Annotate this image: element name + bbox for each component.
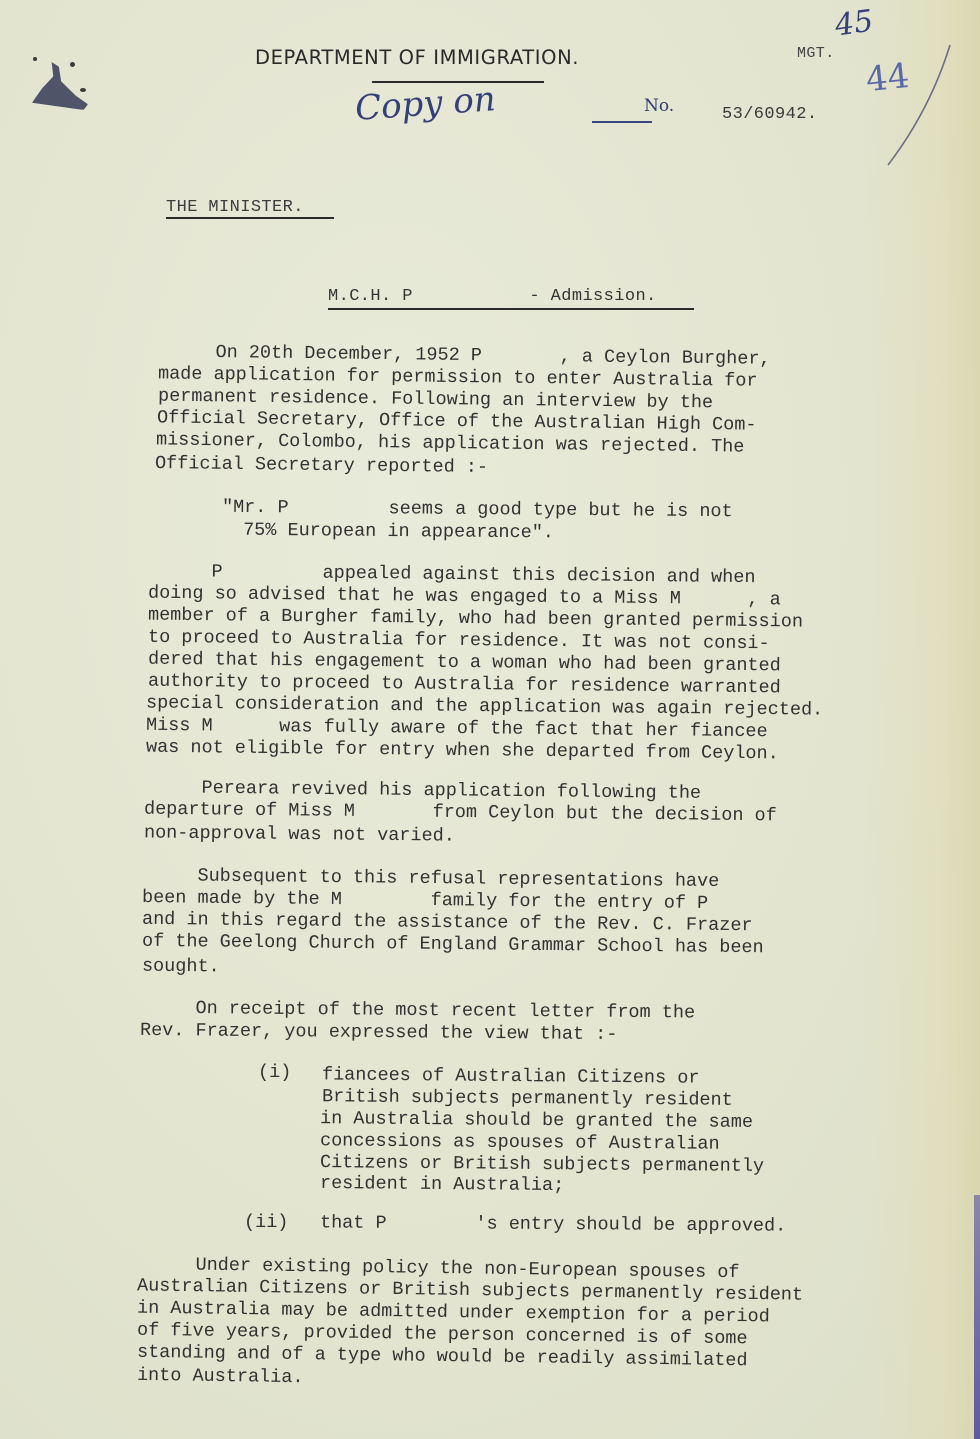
list-item-line: British subjects permanently resident bbox=[322, 1086, 733, 1111]
list-item-line: that P 's entry should be approved. bbox=[320, 1212, 786, 1236]
list-marker: (i) bbox=[258, 1062, 291, 1083]
text-line: non-approval was not varied. bbox=[144, 822, 455, 846]
pencil-stroke-icon bbox=[0, 0, 980, 250]
text-line: "Mr. P seems a good type but he is not bbox=[222, 497, 733, 522]
text-line: 75% European in appearance". bbox=[232, 520, 554, 544]
document-page: DEPARTMENT OF IMMIGRATION. MGT. 45 44 Co… bbox=[0, 0, 980, 1439]
list-item-line: concessions as spouses of Australian bbox=[320, 1130, 720, 1154]
text-line: Official Secretary reported :- bbox=[155, 453, 488, 478]
text-line: into Australia. bbox=[137, 1365, 304, 1388]
addressee-heading: THE MINISTER. bbox=[166, 198, 304, 217]
text-line: sought. bbox=[142, 956, 220, 978]
list-marker: (ii) bbox=[244, 1212, 288, 1233]
subject-heading: M.C.H. P - Admission. bbox=[328, 287, 657, 306]
list-item-line: fiancees of Australian Citizens or bbox=[322, 1064, 700, 1088]
addressee-underline bbox=[166, 217, 334, 219]
text-line: On receipt of the most recent letter fro… bbox=[140, 998, 695, 1024]
list-item-line: in Australia should be granted the same bbox=[320, 1108, 753, 1133]
subject-underline bbox=[328, 308, 694, 310]
text-line: Rev. Frazer, you expressed the view that… bbox=[140, 1020, 618, 1045]
list-item-line: resident in Australia; bbox=[320, 1173, 564, 1196]
page-edge-background bbox=[974, 1195, 980, 1439]
